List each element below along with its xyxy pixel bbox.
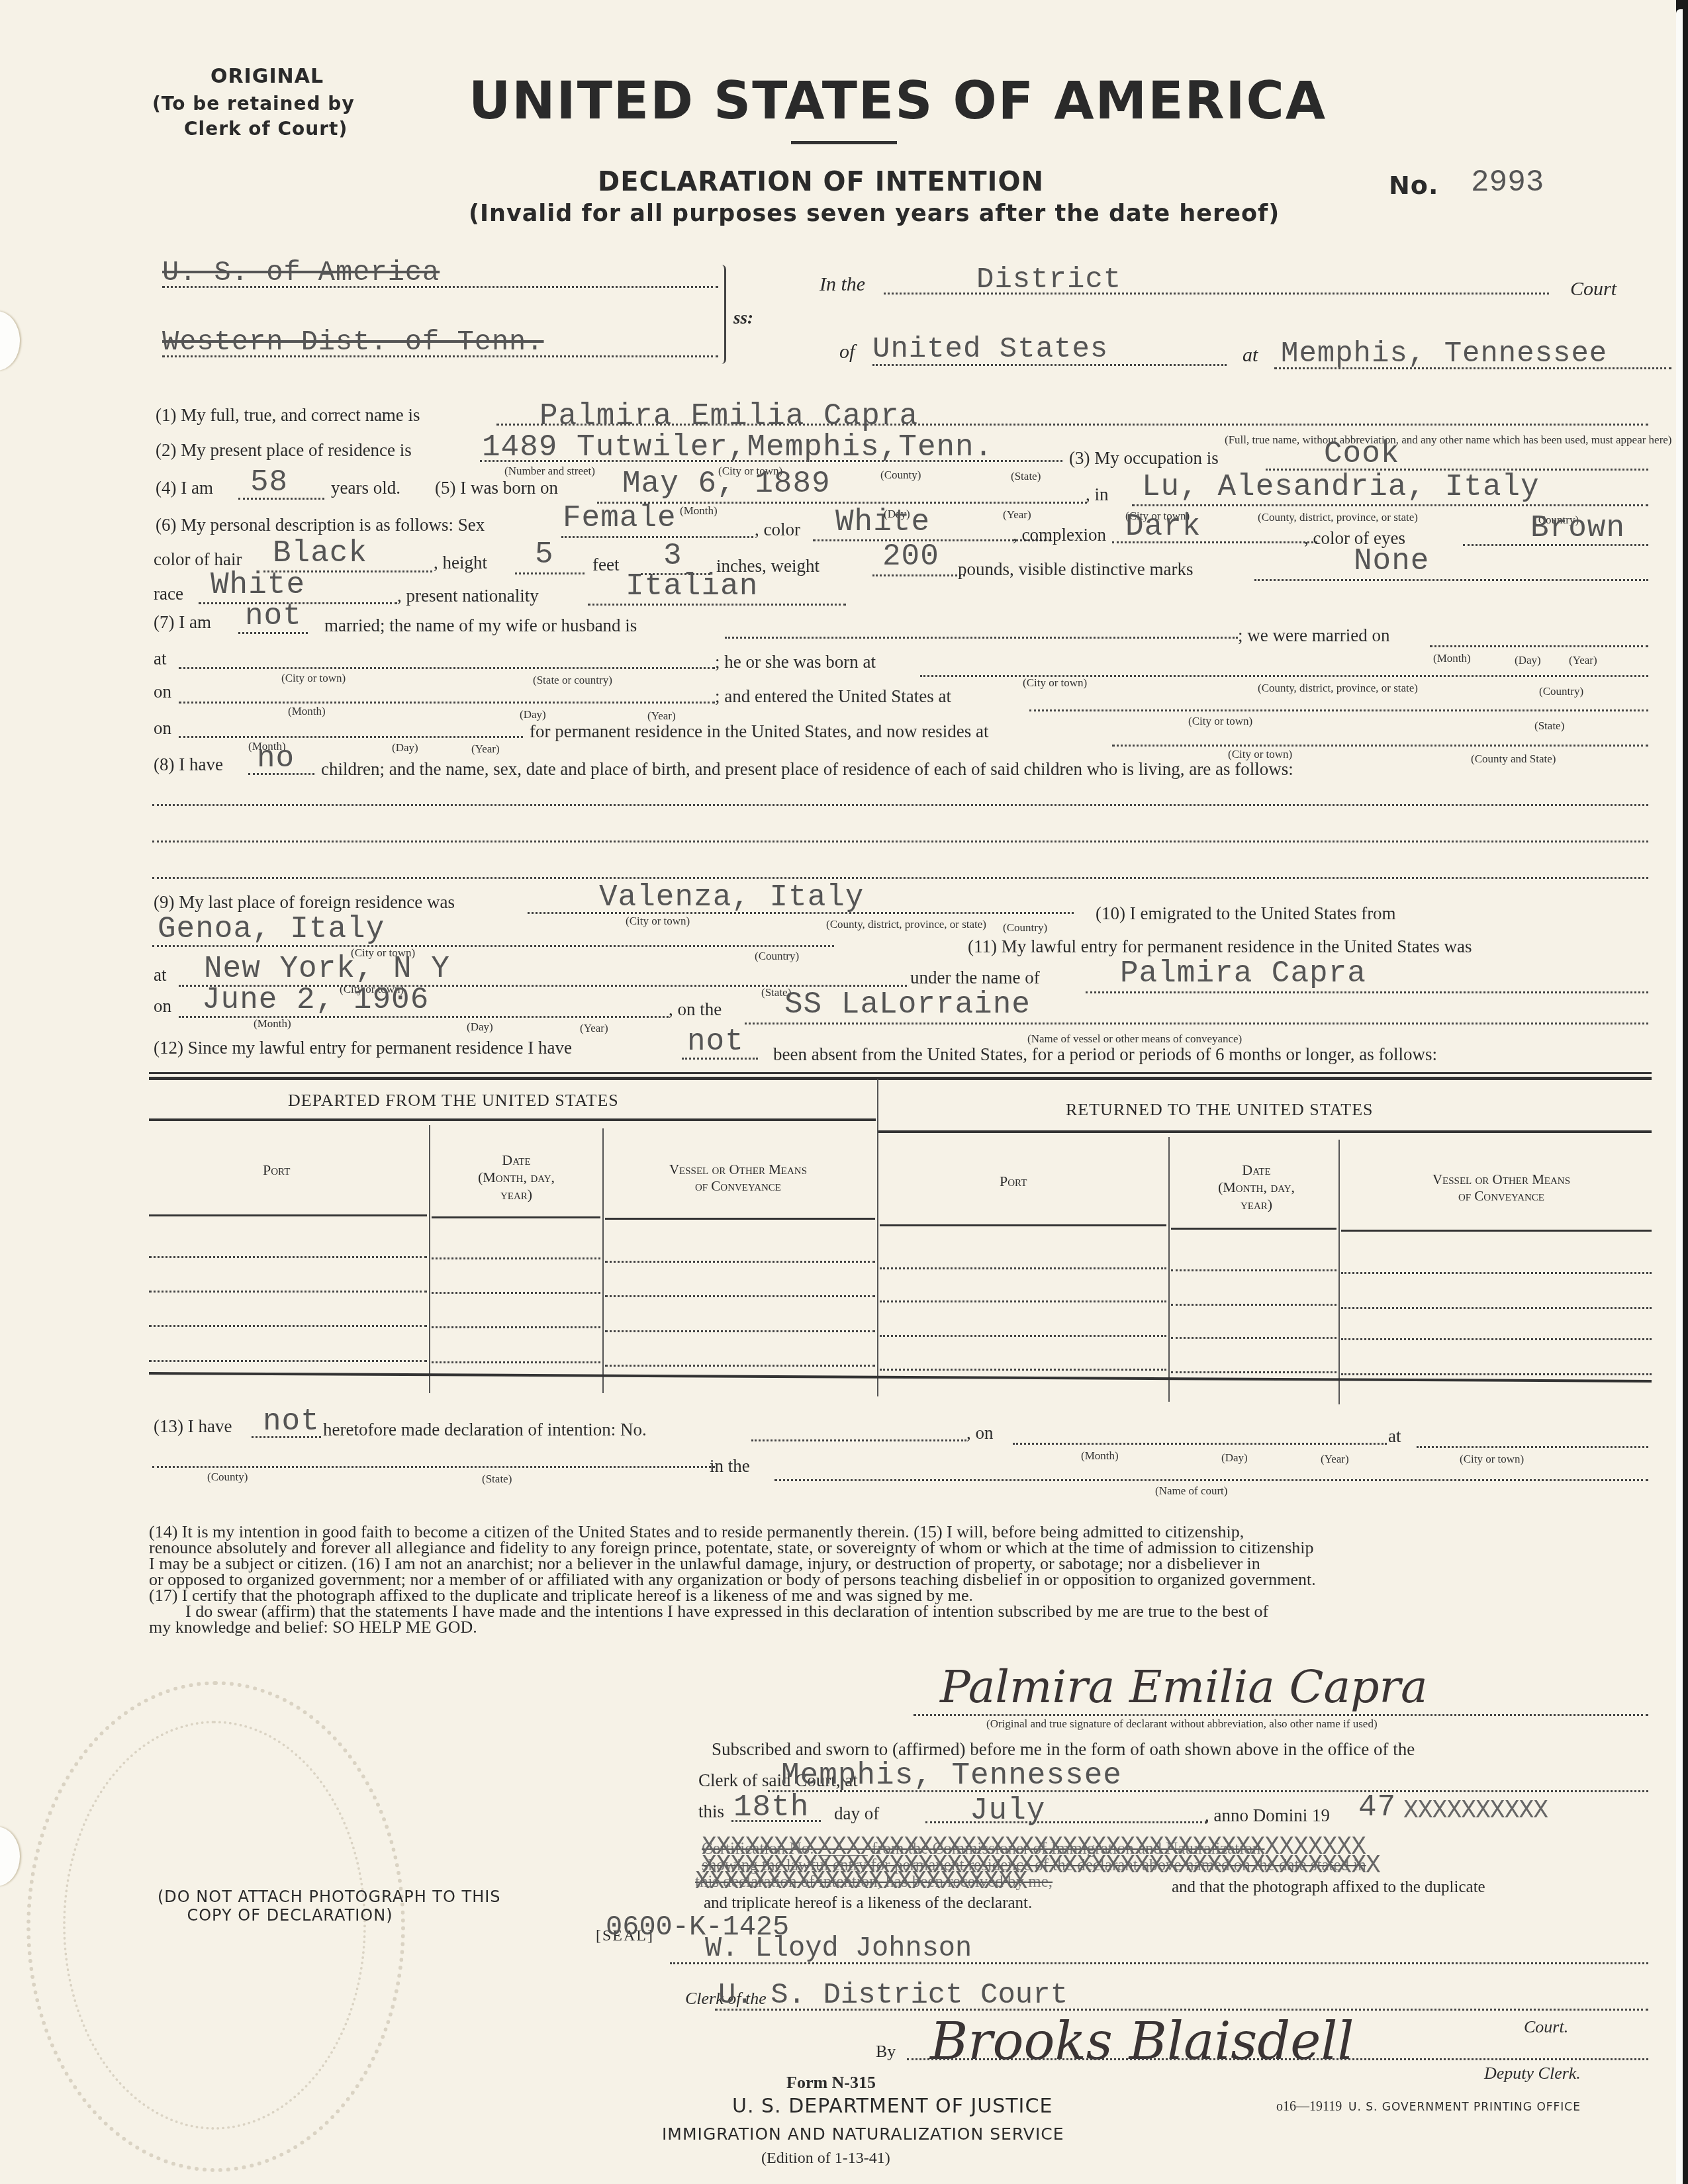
spouse-entry-on-label: on (154, 718, 171, 739)
full-name-field[interactable]: Palmira Emilia Capra (539, 399, 918, 433)
dep-port-cell[interactable] (149, 1256, 427, 1258)
hint-city: (City or town) (1460, 1453, 1524, 1466)
venue-bracket (722, 265, 726, 364)
prior-declaration-field[interactable]: not (263, 1404, 320, 1439)
prior-county-state-field[interactable] (152, 1466, 715, 1468)
children-line[interactable] (152, 841, 1648, 842)
ret-date-cell[interactable] (1171, 1269, 1336, 1271)
original-label: ORIGINAL (211, 65, 324, 88)
form-number: Form N-315 (786, 2073, 876, 2093)
validity-note: (Invalid for all purposes seven years af… (469, 201, 1280, 227)
ret-port-cell[interactable] (880, 1335, 1166, 1337)
ret-date-cell[interactable] (1171, 1337, 1336, 1339)
married-on-label: ; we were married on (1238, 625, 1389, 646)
dep-date-cell[interactable] (432, 1257, 600, 1259)
dep-vessel-cell[interactable] (605, 1330, 875, 1332)
spouse-entered-label: ; and entered the United States at (715, 686, 951, 707)
anno-domini-label: , anno Domini 19 (1205, 1805, 1330, 1826)
dep-date-cell[interactable] (432, 1361, 600, 1363)
absence-label: (12) Since my lawful entry for permanent… (154, 1038, 572, 1058)
overstrike-x: XXXXXXXXXXXXXXXXXXXXXXX (695, 1868, 1027, 1896)
title-divider (791, 141, 897, 144)
declaration-form-page: ORIGINAL (To be retained by Clerk of Cou… (0, 0, 1676, 2184)
this-label: this (698, 1801, 724, 1822)
hint-country: (Country) (755, 950, 799, 963)
spouse-entry-date-field[interactable] (179, 736, 523, 738)
deputy-clerk-label: Deputy Clerk. (1484, 2064, 1581, 2083)
ret-date-cell[interactable] (1171, 1304, 1336, 1306)
retained-note: Clerk of Court) (184, 118, 348, 140)
spouse-birthdate-field[interactable] (179, 702, 715, 704)
spouse-born-label: ; he or she was born at (715, 652, 876, 672)
embossed-seal-inner (63, 1721, 366, 2130)
col-port-returned: Port (1000, 1173, 1027, 1190)
in-label: , in (1086, 484, 1109, 505)
absence-detail-label: been absent from the United States, for … (773, 1044, 1437, 1065)
jurat-day-field[interactable]: 18th (733, 1790, 809, 1825)
edition: (Edition of 1-13-41) (761, 2150, 890, 2167)
court-period-label: Court. (1524, 2017, 1568, 2037)
residence-field[interactable]: 1489 Tutwiler,Memphis,Tenn. (482, 430, 993, 465)
hint-year: (Year) (647, 709, 676, 723)
col-port-departed: Port (263, 1161, 290, 1179)
hint-county-district: (County, district, province, or state) (1258, 511, 1418, 524)
jurat-month-field[interactable]: July (970, 1794, 1045, 1828)
spouse-entry-place-field[interactable] (1029, 709, 1648, 711)
ss-label: ss: (733, 308, 753, 328)
printer-name: U. S. GOVERNMENT PRINTING OFFICE (1348, 2101, 1581, 2114)
departed-header: DEPARTED FROM THE UNITED STATES (288, 1091, 619, 1111)
children-line[interactable] (152, 804, 1648, 806)
clerk-name: W. Lloyd Johnson (705, 1933, 972, 1964)
declarant-signature: Palmira Emilia Capra (940, 1661, 1428, 1713)
court-label: Court (1570, 278, 1617, 300)
hint-month: (Month) (254, 1017, 291, 1030)
venue-jurisdiction-1: U. S. of America (162, 257, 440, 289)
vessel-field[interactable]: SS LaLorraine (784, 987, 1031, 1022)
signature-hint: (Original and true signature of declaran… (986, 1717, 1378, 1731)
form-title: DECLARATION OF INTENTION (598, 167, 1044, 197)
emigrated-label: (10) I emigrated to the United States fr… (1096, 903, 1396, 924)
in-the-label: In the (820, 273, 865, 296)
spouse-resides-field[interactable] (1112, 745, 1648, 747)
overstrike-x: XXXXXXXXXX (1403, 1797, 1548, 1825)
in-the-label: in the (710, 1456, 750, 1477)
day-of-label: day of (834, 1803, 879, 1824)
prior-declaration-number-field[interactable] (751, 1439, 966, 1441)
hint-day: (Day) (1515, 654, 1541, 667)
prior-at-label: at (1388, 1426, 1401, 1447)
col-vessel-departed: Vessel or Other Means of Conveyance (626, 1161, 851, 1195)
hair-label: color of hair (154, 549, 242, 570)
hint-city: (City or town) (626, 915, 690, 928)
nationality-field[interactable]: Italian (626, 569, 758, 604)
hint-year: (Year) (1321, 1453, 1349, 1466)
ret-date-cell[interactable] (1171, 1371, 1336, 1373)
jurat-year-field[interactable]: 47 (1358, 1790, 1396, 1825)
distinctive-marks-field[interactable]: None (1354, 544, 1429, 578)
sex-field[interactable]: Female (563, 501, 677, 535)
complexion-label: , complexion (1013, 525, 1106, 545)
foreign-residence-label: (9) My last place of foreign residence w… (154, 892, 455, 913)
name-hint: (Full, true name, without abbreviation, … (1225, 433, 1672, 447)
hint-month: (Month) (680, 504, 718, 518)
hint-county-state: (County and State) (1471, 752, 1556, 766)
children-label: (8) I have (154, 754, 223, 775)
hint-state: (State) (482, 1473, 512, 1486)
hint-country: (Country) (1539, 685, 1583, 698)
entry-on-label: on (154, 996, 171, 1017)
age-field[interactable]: 58 (250, 465, 288, 500)
prior-court-field[interactable] (774, 1479, 1648, 1481)
occupation-field[interactable]: Cook (1324, 437, 1399, 471)
under-name-label: under the name of (910, 968, 1040, 988)
pounds-marks-label: pounds, visible distinctive marks (958, 559, 1193, 580)
hint-country: (Country) (1003, 921, 1047, 934)
page-edge (1676, 9, 1683, 2184)
eye-color-field[interactable]: Brown (1530, 511, 1625, 545)
residence-label: (2) My present place of residence is (156, 440, 412, 461)
hint-month: (Month) (1433, 652, 1471, 665)
ret-port-cell[interactable] (880, 1267, 1166, 1269)
service-name: IMMIGRATION AND NATURALIZATION SERVICE (662, 2124, 1064, 2144)
hint-year: (Year) (471, 743, 500, 756)
certification-tail: and that the photograph affixed to the d… (1172, 1878, 1485, 1897)
court-location: Memphis, Tennessee (1281, 338, 1607, 371)
court-name: U. S. District Court (718, 1979, 1068, 2012)
hint-day: (Day) (467, 1021, 493, 1034)
height-label: , height (434, 553, 487, 573)
of-label: of (839, 341, 855, 363)
ret-port-cell[interactable] (880, 1369, 1166, 1371)
entry-date-field[interactable]: June 2, 1906 (202, 983, 429, 1017)
hint-month: (Month) (288, 705, 326, 718)
spouse-label: married; the name of my wife or husband … (324, 615, 637, 636)
retained-note: (To be retained by (152, 93, 355, 114)
hint-county: (County) (207, 1471, 248, 1484)
print-code: o16—19119 (1276, 2099, 1342, 2115)
description-label: (6) My personal description is as follow… (156, 515, 485, 535)
ret-port-cell[interactable] (880, 1300, 1166, 1302)
children-count-field[interactable]: no (257, 741, 295, 776)
marriage-at-label: at (154, 649, 167, 669)
married-label: (7) I am (154, 612, 211, 633)
jurat-location-field[interactable]: Memphis, Tennessee (781, 1758, 1122, 1793)
marriage-date-field[interactable] (1430, 645, 1648, 647)
deputy-signature: Brooks Blaisdell (930, 2012, 1354, 2071)
complexion-field[interactable]: Dark (1125, 510, 1201, 544)
hint-vessel: (Name of vessel or other means of convey… (1027, 1032, 1242, 1046)
foreign-residence-field[interactable]: Valenza, Italy (599, 880, 864, 915)
hint-city: (City or town) (281, 672, 346, 685)
hint-year: (Year) (1003, 508, 1031, 522)
nationality-label: , present nationality (397, 586, 539, 606)
photo-note: (DO NOT ATTACH PHOTOGRAPH TO THIS COPY O… (158, 1888, 422, 1925)
race-label: race (154, 584, 183, 604)
birth-place-field[interactable]: Lu, Alesandria, Italy (1142, 470, 1540, 504)
department-name: U. S. DEPARTMENT OF JUSTICE (732, 2095, 1053, 2118)
years-old-label: years old. (331, 478, 400, 498)
hint-state: (State) (1011, 470, 1041, 483)
spouse-born-on-label: on (154, 682, 171, 702)
jurat-intro: Subscribed and sworn to (affirmed) befor… (712, 1739, 1415, 1760)
marriage-place-field[interactable] (179, 667, 715, 669)
col-vessel-returned: Vessel or Other Means of Conveyance (1356, 1171, 1647, 1205)
weight-field[interactable]: 200 (882, 539, 939, 574)
country-title: UNITED STATES OF AMERICA (469, 71, 1327, 131)
dep-port-cell[interactable] (149, 1291, 427, 1293)
born-on-label: (5) I was born on (435, 478, 558, 498)
birth-date-field[interactable]: May 6, 1889 (622, 467, 831, 501)
lawful-entry-label: (11) My lawful entry for permanent resid… (968, 936, 1472, 957)
ret-vessel-cell[interactable] (1341, 1338, 1652, 1340)
feet-label: feet (592, 555, 619, 575)
children-line[interactable] (152, 877, 1648, 879)
binder-hole (0, 1827, 20, 1886)
col-date-returned: Date (Month, day, year) (1213, 1161, 1299, 1213)
prior-on-label: , on (966, 1423, 994, 1443)
hint-county-district: (County, district, province, or state) (1258, 682, 1418, 695)
dep-port-cell[interactable] (149, 1360, 427, 1362)
color-label: , color (755, 520, 800, 540)
occupation-label: (3) My occupation is (1069, 448, 1219, 469)
returned-header: RETURNED TO THE UNITED STATES (1066, 1100, 1374, 1120)
permanent-residence-label: for permanent residence in the United St… (530, 721, 989, 742)
color-field[interactable]: White (835, 505, 930, 539)
entry-place-field[interactable]: New York, N Y (204, 952, 450, 986)
dep-date-cell[interactable] (432, 1292, 600, 1294)
hint-day: (Day) (392, 741, 418, 754)
children-detail-label: children; and the name, sex, date and pl… (321, 759, 1293, 780)
declaration-no-label: heretofore made declaration of intention… (323, 1420, 647, 1440)
binder-hole (0, 311, 20, 371)
height-inches-field[interactable]: 3 (663, 539, 682, 573)
declarant-signature-line[interactable] (914, 1714, 1648, 1716)
deputy-signature-line (907, 2058, 1648, 2060)
dep-date-cell[interactable] (432, 1326, 600, 1328)
hint-county: (County) (880, 469, 921, 482)
hint-state-country: (State or country) (533, 674, 612, 687)
entry-name-field[interactable]: Palmira Capra (1120, 956, 1366, 991)
spouse-name-field[interactable] (725, 637, 1238, 639)
oath-text: (14) It is my intention in good faith to… (149, 1524, 1652, 1635)
court-of: United States (872, 333, 1108, 366)
dep-vessel-cell[interactable] (605, 1365, 875, 1367)
hint-number-street: (Number and street) (504, 465, 595, 478)
venue-jurisdiction-2: Western Dist. of Tenn. (162, 326, 544, 358)
hint-day: (Day) (1221, 1451, 1248, 1465)
at-label: at (1243, 344, 1258, 367)
by-label: By (876, 2042, 896, 2062)
certification-tail: and triplicate hereof is a likeness of t… (704, 1894, 1032, 1913)
prior-city-field[interactable] (1417, 1446, 1648, 1448)
hint-year: (Year) (1569, 654, 1597, 667)
number-label: No. (1389, 171, 1438, 200)
hint-city: (City or town) (1188, 715, 1252, 728)
absence-field[interactable]: not (687, 1024, 744, 1059)
dep-port-cell[interactable] (149, 1325, 427, 1327)
col-date-departed: Date (Month, day, year) (477, 1152, 556, 1203)
marital-status-field[interactable]: not (245, 599, 302, 633)
on-the-label: , on the (669, 999, 722, 1020)
hint-year: (Year) (580, 1022, 608, 1035)
hint-month: (Month) (1081, 1449, 1119, 1463)
ret-vessel-cell[interactable] (1341, 1272, 1652, 1274)
hint-state: (State) (1534, 719, 1564, 733)
entry-at-label: at (154, 965, 167, 985)
hint-county-district: (County, district, province, or state) (826, 918, 986, 931)
hint-city: (City or town) (1023, 676, 1087, 690)
age-label: (4) I am (156, 478, 213, 498)
prior-date-field[interactable] (1013, 1443, 1387, 1445)
emigrated-from-field[interactable]: Genoa, Italy (158, 912, 385, 946)
dep-vessel-cell[interactable] (605, 1261, 875, 1263)
ret-vessel-cell[interactable] (1341, 1307, 1652, 1309)
court-type: District (976, 263, 1121, 296)
race-field[interactable]: White (211, 568, 305, 602)
height-feet-field[interactable]: 5 (535, 537, 554, 572)
dep-vessel-cell[interactable] (605, 1295, 875, 1297)
hint-day: (Day) (520, 708, 546, 721)
ret-vessel-cell[interactable] (1341, 1373, 1652, 1375)
hint-court-name: (Name of court) (1155, 1484, 1228, 1498)
prior-declaration-label: (13) I have (154, 1416, 232, 1437)
hair-color-field[interactable]: Black (273, 536, 367, 570)
declaration-number: 2993 (1471, 165, 1544, 200)
name-label: (1) My full, true, and correct name is (156, 405, 420, 426)
